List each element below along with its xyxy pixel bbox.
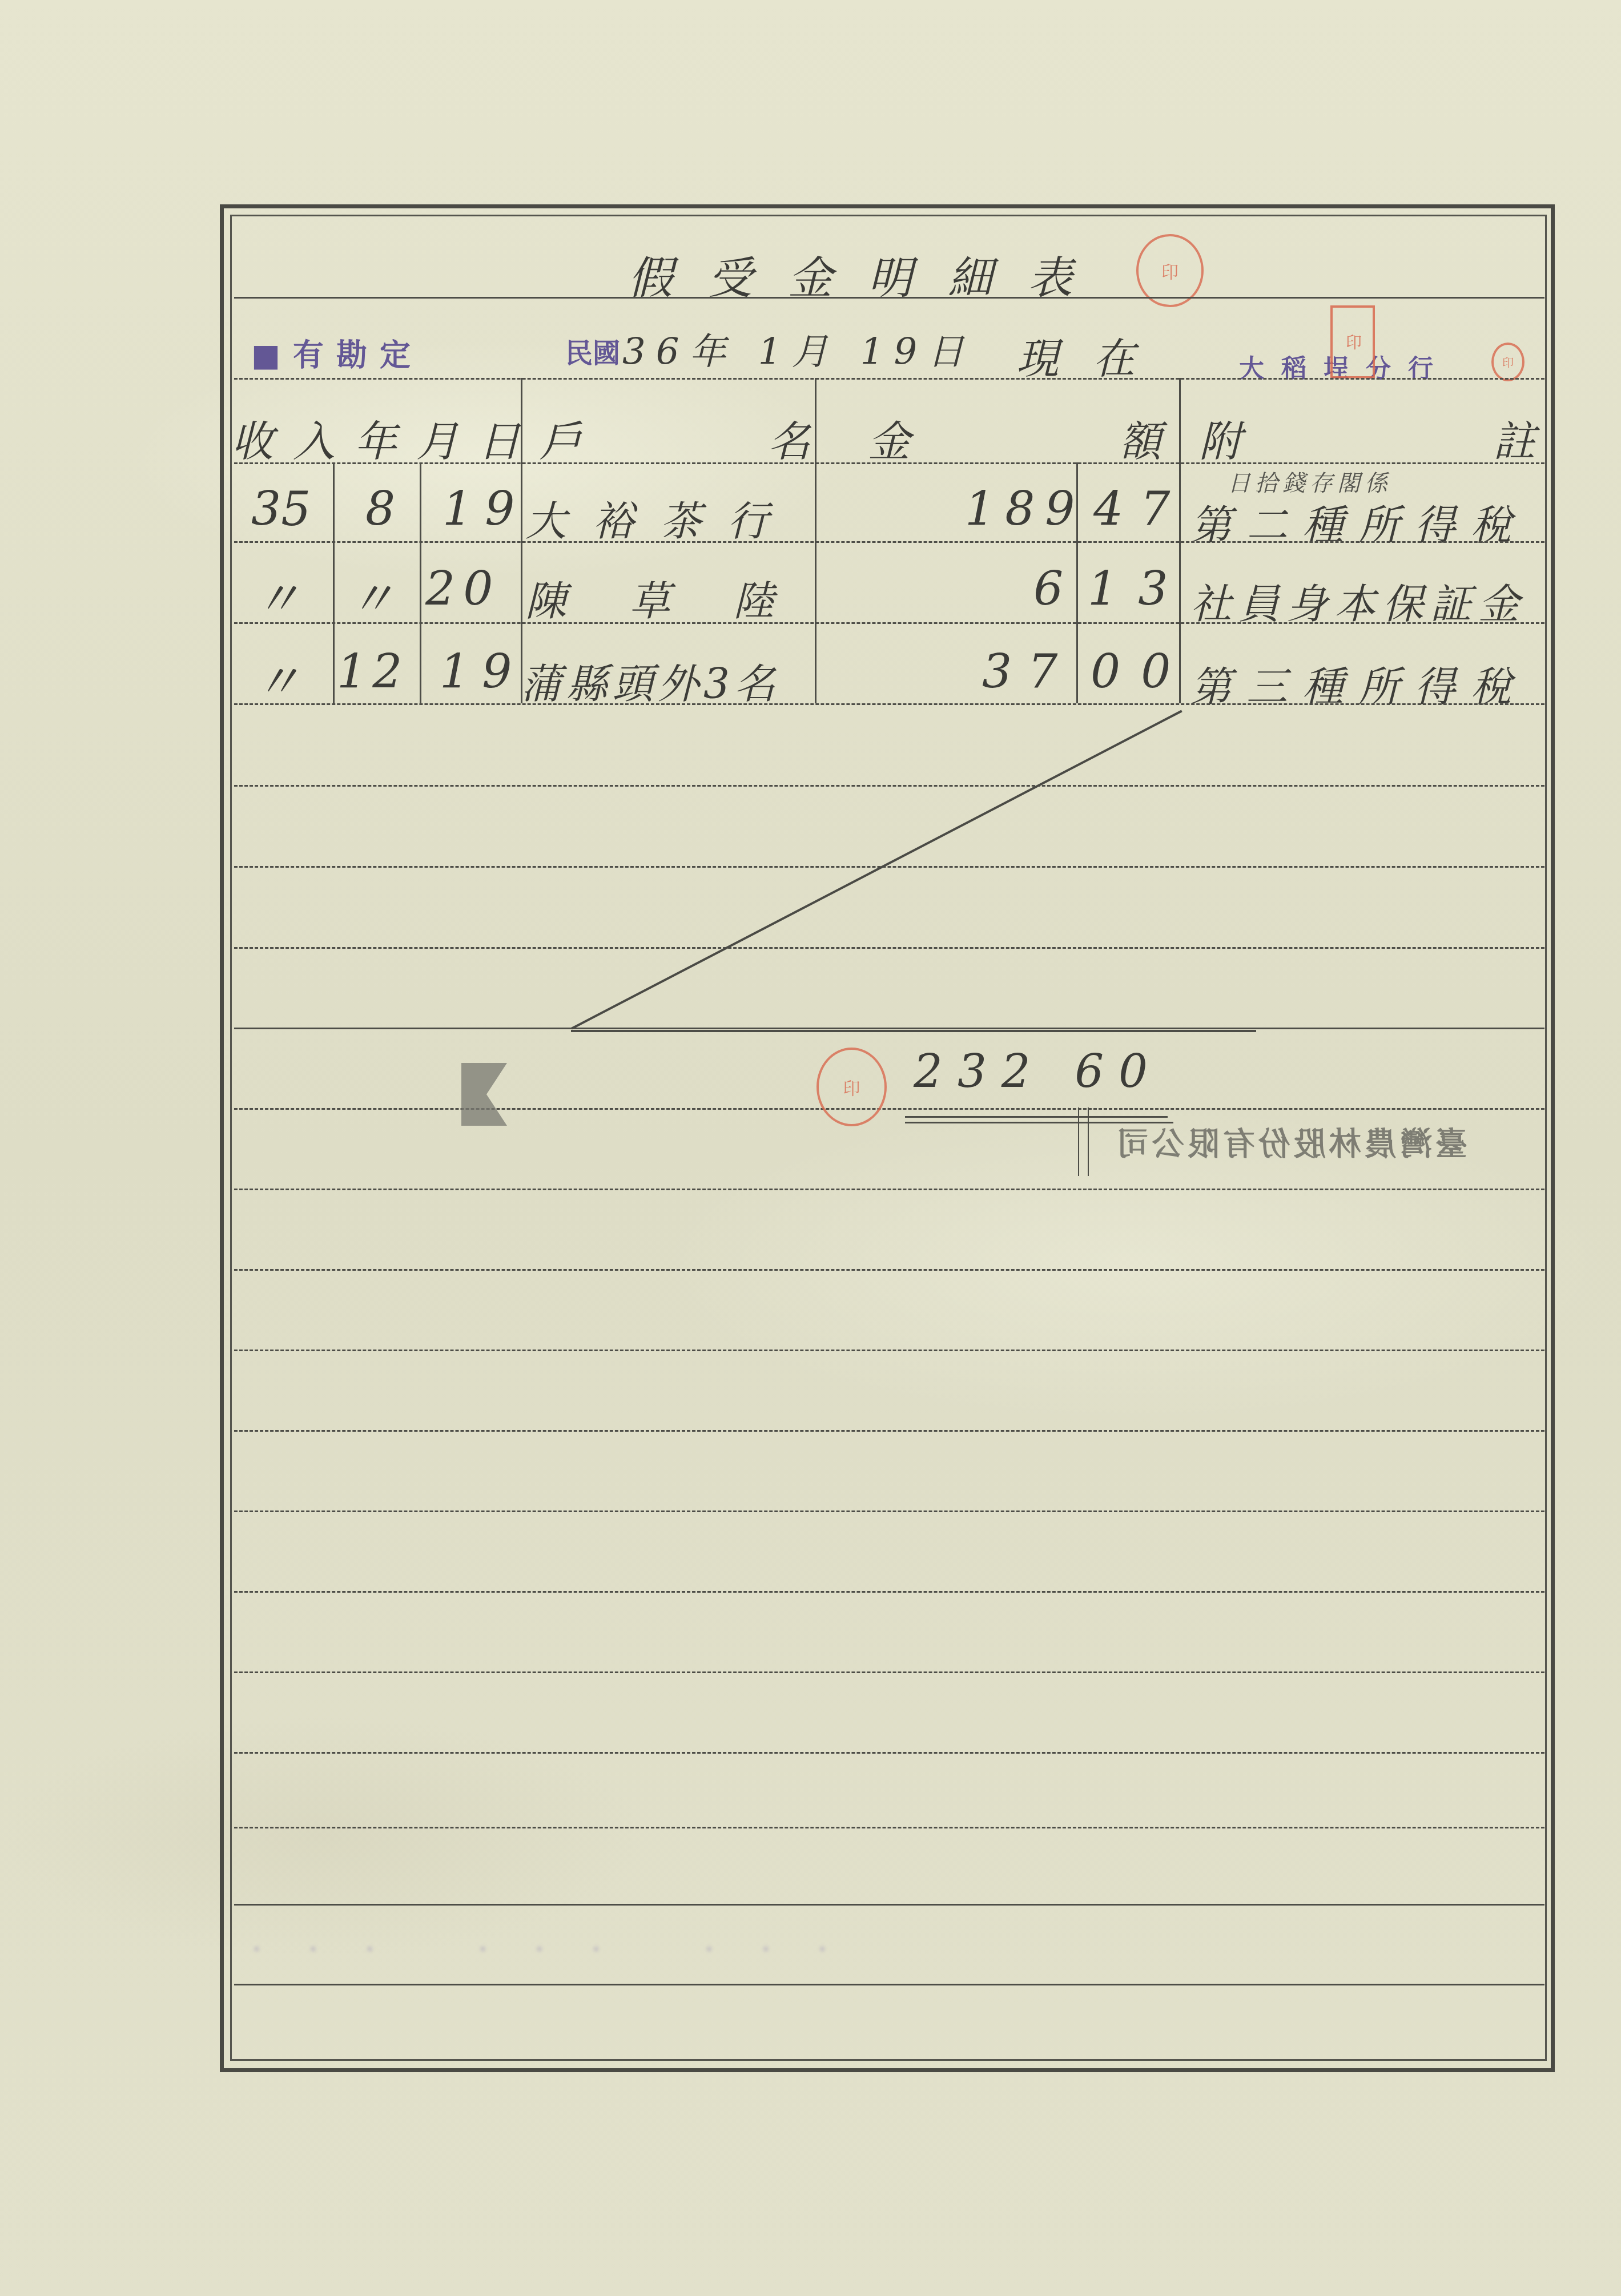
row2-amount-dec: 13 bbox=[1088, 562, 1188, 617]
row1-line bbox=[234, 541, 1544, 543]
divider-year-month bbox=[333, 462, 335, 703]
col-header-date: 收入年月日 bbox=[231, 408, 540, 469]
account-type-stamp: ■有勘定 bbox=[251, 331, 423, 375]
col-header-remark-right: 註 bbox=[1493, 408, 1535, 469]
row1-year: 35 bbox=[251, 482, 311, 537]
row1-amount-int: 189 bbox=[965, 482, 1085, 537]
ruled-line bbox=[234, 1510, 1544, 1512]
row1-day: 19 bbox=[443, 482, 527, 537]
col-header-name-right: 名 bbox=[768, 408, 810, 469]
ruled-line bbox=[234, 947, 1544, 949]
seal-text: 印 bbox=[1502, 354, 1514, 370]
row2-amount-int: 6 bbox=[1033, 562, 1063, 617]
mirror-print-border bbox=[1088, 1107, 1089, 1176]
ruled-line bbox=[234, 1591, 1544, 1593]
row3-amount-dec: 00 bbox=[1091, 645, 1191, 699]
row3-day: 19 bbox=[440, 645, 524, 699]
ruled-line bbox=[234, 1189, 1544, 1190]
mirror-print-border bbox=[1078, 1107, 1079, 1176]
status-label: 現在 bbox=[1016, 325, 1169, 386]
divider-month-day bbox=[420, 462, 421, 703]
ruled-line bbox=[234, 1028, 1544, 1029]
col-header-remark-left: 附 bbox=[1199, 408, 1241, 469]
ruled-line bbox=[234, 866, 1544, 868]
row3-line bbox=[234, 703, 1544, 705]
ruled-line bbox=[234, 785, 1544, 787]
ruled-line bbox=[234, 1671, 1544, 1673]
era-stamp: 民國 bbox=[565, 331, 620, 370]
seal-text: 印 bbox=[1341, 334, 1364, 350]
row3-amount-int: 37 bbox=[982, 645, 1073, 699]
total-seal-stamp: 印 bbox=[816, 1048, 887, 1126]
row2-line bbox=[234, 622, 1544, 624]
seal-text: 印 bbox=[843, 1074, 860, 1099]
row1-amount-dec: 47 bbox=[1093, 482, 1187, 537]
subheader-underline bbox=[234, 378, 1544, 380]
date-handwritten: 36年 1月 19日 bbox=[622, 323, 974, 375]
header-row-line bbox=[234, 462, 1544, 464]
title-seal-stamp: 印 bbox=[1136, 234, 1204, 307]
total-underline-1 bbox=[905, 1116, 1168, 1118]
col-header-name-left: 戶 bbox=[540, 408, 582, 469]
ruled-line bbox=[234, 1269, 1544, 1271]
col-header-amount-left: 金 bbox=[868, 408, 910, 469]
ruled-line bbox=[234, 1984, 1544, 1985]
ruled-line bbox=[234, 1752, 1544, 1754]
col-header-amount-right: 額 bbox=[1119, 408, 1161, 469]
title-underline bbox=[234, 297, 1544, 299]
divider-name-amount bbox=[815, 378, 816, 703]
row2-year: 〃 bbox=[254, 562, 301, 629]
row2-name: 陳草陸 bbox=[525, 568, 837, 627]
ruled-line bbox=[234, 1350, 1544, 1351]
ruled-line bbox=[234, 1430, 1544, 1432]
total-amount: 232 60 bbox=[914, 1045, 1163, 1098]
faded-stamp-row: ··· ··· ··· bbox=[251, 1930, 874, 1969]
ruled-line bbox=[234, 1827, 1544, 1828]
mirrored-company-print: 臺灣農林股份有限公司 bbox=[1113, 1119, 1467, 1165]
row1-name: 大裕茶行 bbox=[525, 488, 795, 547]
row3-month: 12 bbox=[337, 645, 408, 699]
row2-remark: 社員身本保証金 bbox=[1190, 571, 1526, 630]
seal-text: 印 bbox=[1161, 258, 1178, 283]
row1-month: 8 bbox=[365, 482, 395, 537]
ruled-line bbox=[234, 1108, 1544, 1110]
header-seal-stamp: 印 bbox=[1330, 305, 1375, 378]
row3-year: 〃 bbox=[254, 645, 301, 712]
row3-name: 蒲縣頭外3名 bbox=[521, 651, 780, 710]
row2-month: 〃 bbox=[348, 562, 395, 629]
ruled-line bbox=[234, 1904, 1544, 1906]
row2-day: 20 bbox=[425, 562, 501, 617]
diagonal-base-line bbox=[571, 1030, 1256, 1032]
small-seal-stamp: 印 bbox=[1491, 343, 1525, 381]
